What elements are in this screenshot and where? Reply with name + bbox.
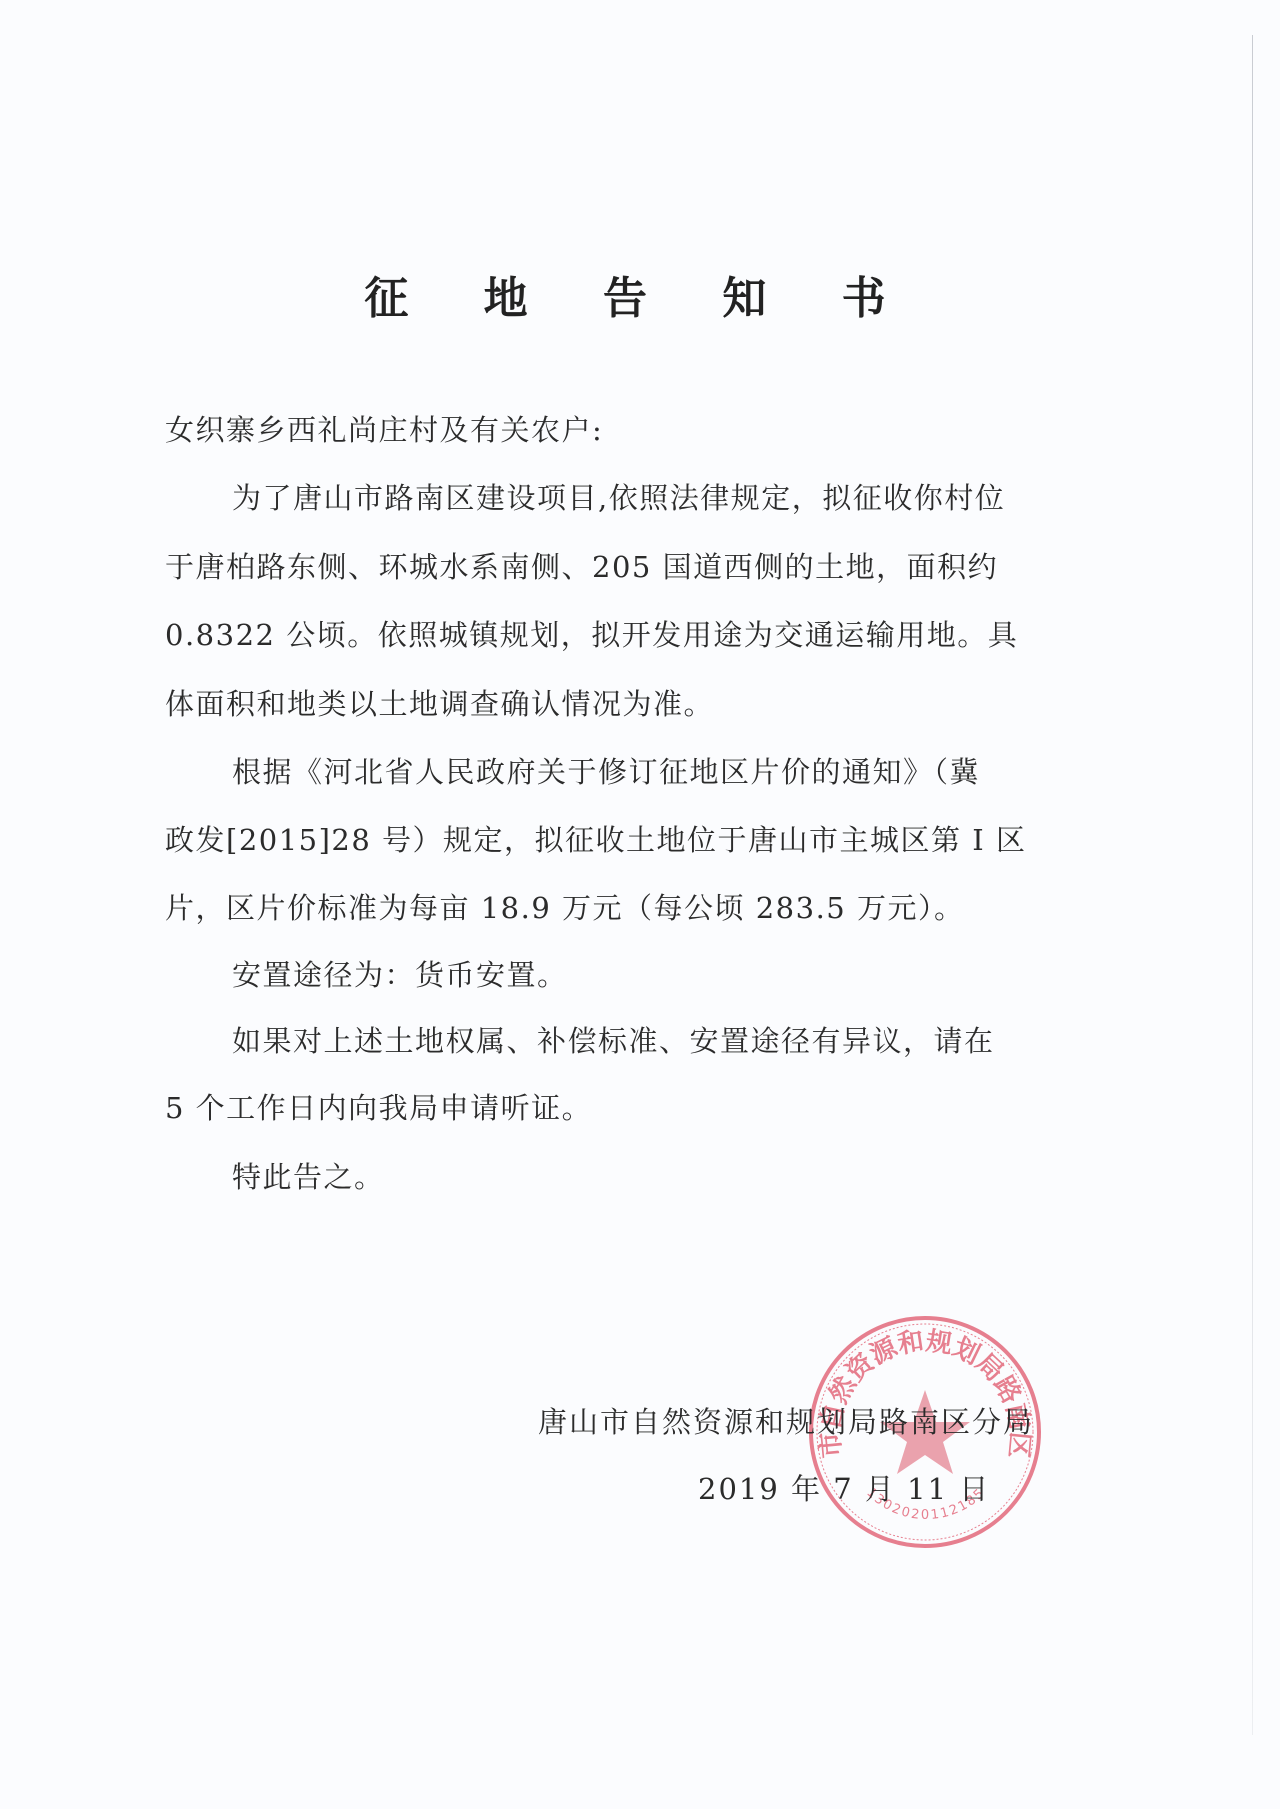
paragraph-line: 5 个工作日内向我局申请听证。	[165, 1086, 1105, 1127]
paragraph-line: 于唐柏路东侧、环城水系南侧、205 国道西侧的土地，面积约	[165, 545, 1105, 586]
paragraph-line: 片，区片价标准为每亩 18.9 万元（每公顷 283.5 万元）。	[165, 886, 1105, 927]
paragraph-line: 特此告之。	[232, 1155, 1172, 1196]
paragraph-line: 为了唐山市路南区建设项目,依照法律规定，拟征收你村位	[232, 476, 1172, 517]
issuer-name: 唐山市自然资源和规划局路南区分局	[538, 1400, 1034, 1441]
paragraph-line: 根据《河北省人民政府关于修订征地区片价的通知》（冀	[232, 750, 1172, 791]
salutation: 女织寨乡西礼尚庄村及有关农户:	[165, 408, 1105, 449]
paragraph-line: 体面积和地类以土地调查确认情况为准。	[165, 682, 1105, 723]
document-title: 征 地 告 知 书	[0, 262, 1280, 326]
paragraph-line: 安置途径为：货币安置。	[232, 953, 1172, 994]
paragraph-line: 0.8322 公顷。依照城镇规划，拟开发用途为交通运输用地。具	[165, 613, 1105, 654]
paragraph-line: 如果对上述土地权属、补偿标准、安置途径有异议，请在	[232, 1019, 1172, 1060]
issue-date: 2019 年 7 月 11 日	[698, 1467, 990, 1508]
paragraph-line: 政发[2015]28 号）规定，拟征收土地位于唐山市主城区第 I 区	[165, 818, 1105, 859]
